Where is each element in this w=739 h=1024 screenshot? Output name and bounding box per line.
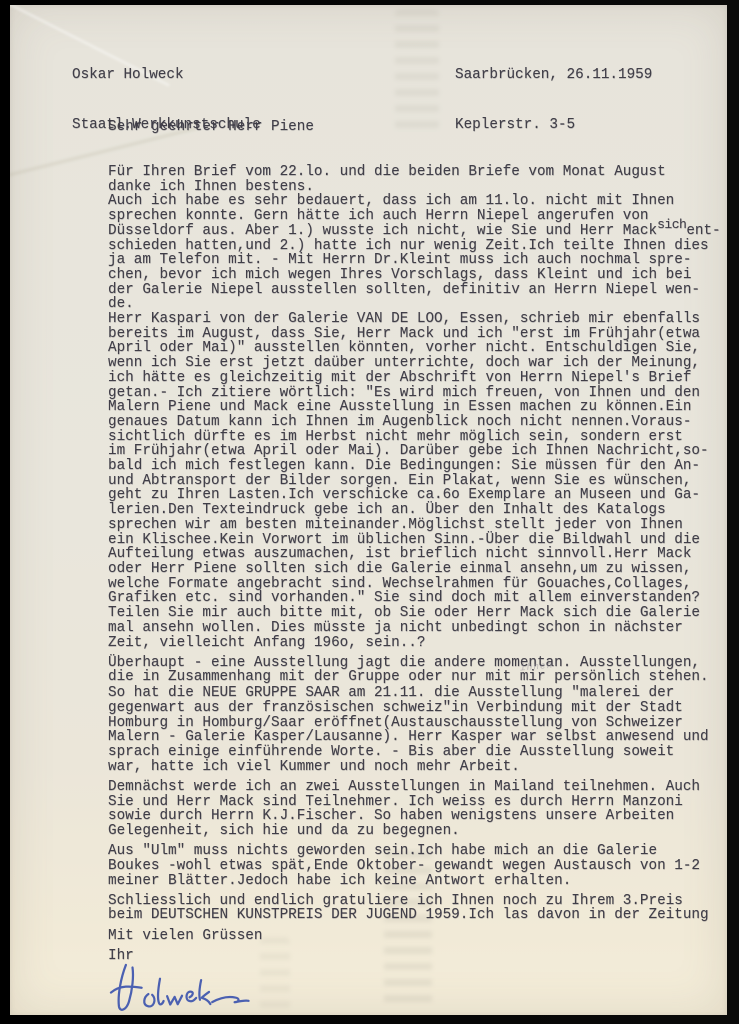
paragraph-2: Herr Kaspari von der Galerie VAN DE LOO,… [108,312,727,650]
paragraph-1: Für Ihren Brief vom 22.lo. und die beide… [108,165,727,312]
paragraph-5: Aus "Ulm" muss nichts geworden sein.Ich … [108,844,727,888]
closing-greeting: Mit vielen Grüssen [108,929,727,944]
paragraph-text: mir persönlich stehen. So hat die NEUE G… [108,669,709,774]
paragraph-3: Überhaupt - eine Ausstellung jagt die an… [108,656,727,775]
paragraph-4: Demnächst werde ich an zwei Ausstellunge… [108,780,727,839]
typed-superscript-insertion: sich [657,218,686,233]
sender-block: Oskar Holweck Staatl.Werkkunstschule [72,34,261,166]
salutation: Sehr geehrter Herr Piene [108,119,314,135]
signature-stroke [103,955,281,1015]
scan-background: Oskar Holweck Staatl.Werkkunstschule Saa… [0,0,739,1024]
letter-body: Für Ihren Brief vom 22.lo. und die beide… [108,165,727,964]
place-date: Saarbrücken, 26.11.1959 [455,67,652,84]
signature-holweck [103,955,281,1015]
street-address: Keplerstr. 3-5 [455,117,652,134]
paragraph-text: Für Ihren Brief vom 22.lo. und die beide… [108,164,674,239]
paragraph-6: Schliesslich und endlich gratuliere ich … [108,894,727,923]
letter-paper: Oskar Holweck Staatl.Werkkunstschule Saa… [10,5,727,1015]
bleed-through-mark [395,9,439,131]
sender-name: Oskar Holweck [72,67,261,84]
dateline-block: Saarbrücken, 26.11.1959 Keplerstr. 3-5 [455,34,652,166]
